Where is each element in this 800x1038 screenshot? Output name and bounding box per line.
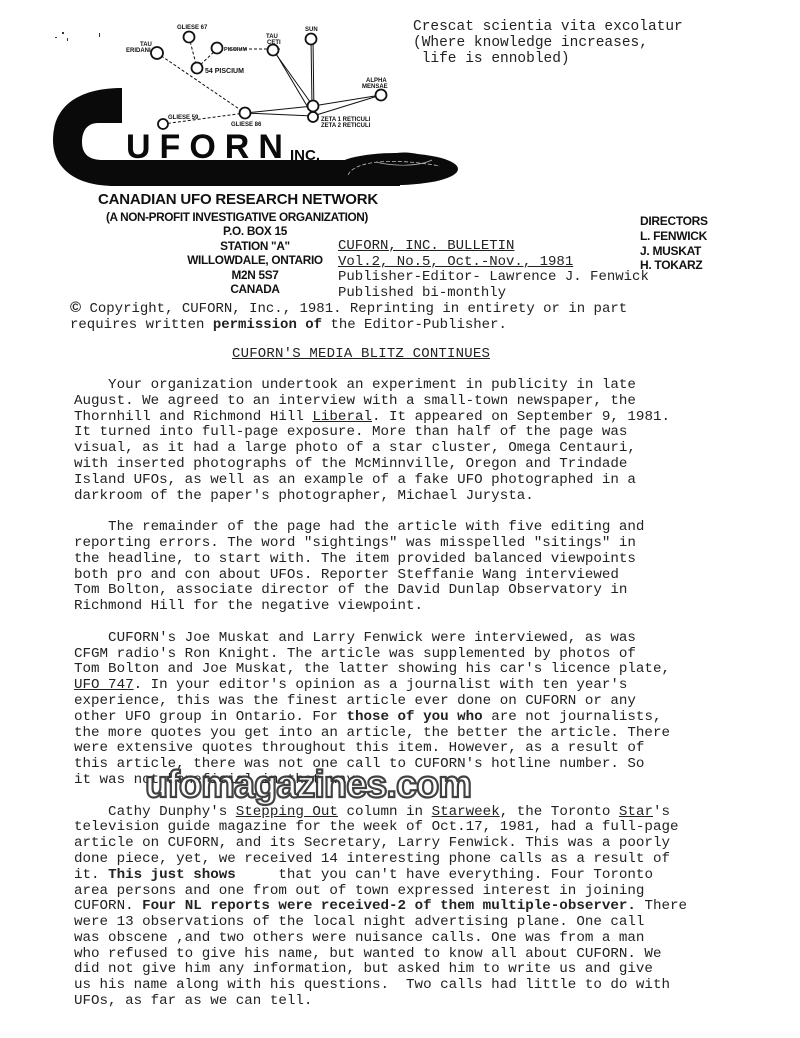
organization-name: CANADIAN UFO RESEARCH NETWORK xyxy=(88,191,388,208)
article-body: Your organization undertook an experimen… xyxy=(74,378,774,1026)
mailing-address: P.O. BOX 15 STATION "A" WILLOWDALE, ONTA… xyxy=(150,224,360,297)
article-paragraph: The remainder of the page had the articl… xyxy=(74,520,774,615)
flying-saucer-icon xyxy=(334,153,458,185)
directors-heading: DIRECTORS xyxy=(640,214,708,229)
svg-text:CETI: CETI xyxy=(267,40,281,46)
svg-text:SUN: SUN xyxy=(305,27,318,33)
svg-text:ERIDANI: ERIDANI xyxy=(126,48,151,54)
scan-specks xyxy=(55,32,100,41)
directors-list: DIRECTORS L. FENWICK J. MUSKAT H. TOKARZ xyxy=(640,214,708,273)
svg-text:GLIESE 67: GLIESE 67 xyxy=(177,25,208,31)
cuforn-logo: GLIESE 67 TAU ERIDANI PISCIUM 54 PISCIUM… xyxy=(0,0,470,195)
watermark: ufomagazines.com xyxy=(145,764,471,807)
director-name: J. MUSKAT xyxy=(640,244,708,259)
motto-latin: Crescat scientia vita excolatur xyxy=(413,19,683,35)
address-line: P.O. BOX 15 xyxy=(150,224,360,239)
article-paragraph: Cathy Dunphy's Stepping Out column in St… xyxy=(74,805,774,1010)
motto-translation-2: life is ennobled) xyxy=(413,51,570,67)
svg-text:MENSAE: MENSAE xyxy=(362,84,388,90)
article-headline: CUFORN'S MEDIA BLITZ CONTINUES xyxy=(232,346,490,362)
svg-text:GLIESE 59: GLIESE 59 xyxy=(168,115,199,121)
organization-subtitle: (A NON-PROFIT INVESTIGATIVE ORGANIZATION… xyxy=(82,210,392,224)
bulletin-frequency: Published bi-monthly xyxy=(338,285,506,301)
address-line: STATION "A" xyxy=(150,239,360,254)
svg-text:54 PISCIUM: 54 PISCIUM xyxy=(205,68,244,75)
bulletin-page: GLIESE 67 TAU ERIDANI PISCIUM 54 PISCIUM… xyxy=(0,0,800,1038)
svg-text:INC.: INC. xyxy=(290,147,320,164)
bulletin-issue: Vol.2, No.5, Oct.-Nov., 1981 xyxy=(338,254,573,270)
bulletin-editor: Publisher-Editor- Lawrence J. Fenwick xyxy=(338,269,649,285)
director-name: H. TOKARZ xyxy=(640,258,708,273)
svg-text:PISCIUM: PISCIUM xyxy=(224,47,247,53)
address-line: M2N 5S7 xyxy=(150,268,360,283)
address-line: CANADA xyxy=(150,282,360,297)
article-paragraph: Your organization undertook an experimen… xyxy=(74,378,774,504)
motto-translation-1: (Where knowledge increases, xyxy=(413,35,648,51)
copyright-notice: © Copyright, CUFORN, Inc., 1981. Reprint… xyxy=(70,300,627,333)
bulletin-title: CUFORN, INC. BULLETIN xyxy=(338,238,514,254)
svg-text:UFORN: UFORN xyxy=(126,128,292,166)
svg-text:ZETA 2 RETICULI: ZETA 2 RETICULI xyxy=(321,123,371,129)
address-line: WILLOWDALE, ONTARIO xyxy=(150,253,360,268)
bulletin-masthead: CUFORN, INC. BULLETIN Vol.2, No.5, Oct.-… xyxy=(338,239,649,302)
copyright-icon: © xyxy=(70,299,81,316)
motto: Crescat scientia vita excolatur (Where k… xyxy=(413,19,683,67)
director-name: L. FENWICK xyxy=(640,229,708,244)
